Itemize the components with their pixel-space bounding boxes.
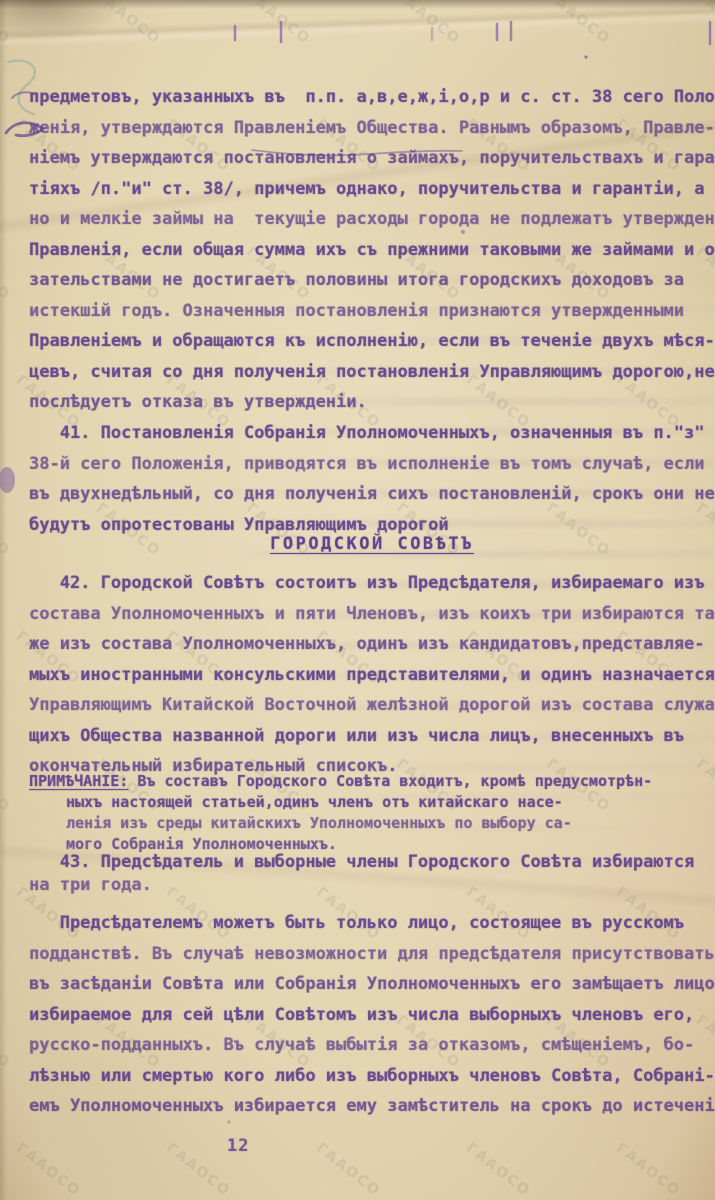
note-first-line-text: Въ составъ Городского Совѣта входитъ, кр…: [128, 772, 652, 790]
paragraph-final: Предсѣдателемъ можетъ быть только лицо, …: [29, 908, 715, 1122]
text-line: русско-подданныхъ. Въ случаѣ выбытія за …: [29, 1030, 715, 1061]
text-line: Управляющимъ Китайской Восточной желѣзно…: [29, 690, 715, 721]
paragraph-40-continuation: предметовъ, указанныхъ въ п.п. а,в,е,ж,і…: [29, 82, 715, 418]
text-line: предметовъ, указанныхъ въ п.п. а,в,е,ж,і…: [29, 82, 715, 113]
watermark-text: ГААОСО: [543, 0, 613, 48]
text-line: щихъ Общества названной дороги или изъ ч…: [29, 721, 715, 752]
watermark-text: ГААОСО: [313, 1140, 383, 1200]
margin-tick-marks: [235, 22, 710, 44]
watermark-text: ГААОСО: [163, 1140, 233, 1200]
text-line: Предсѣдателемъ можетъ быть только лицо, …: [29, 908, 715, 939]
text-line: избираемое для сей цѣли Совѣтомъ изъ чис…: [29, 1000, 715, 1031]
paragraph-43: 43. Предсѣдатель и выборные члены Городс…: [29, 851, 715, 897]
note-continuation: ныхъ настоящей статьей,одинъ членъ отъ к…: [29, 792, 715, 855]
text-line: подданствѣ. Въ случаѣ невозможности для …: [29, 939, 715, 970]
watermark-text: ГААОСО: [0, 244, 13, 304]
watermark-text: ГААОСО: [243, 0, 313, 48]
watermark-text: ГААОСО: [613, 1140, 683, 1200]
text-line: ніемъ утверждаются постановленія о займа…: [29, 143, 715, 174]
watermark-text: ГААОСО: [693, 0, 715, 48]
watermark-text: ГААОСО: [13, 1140, 83, 1200]
watermark-text: ГААОСО: [0, 0, 13, 48]
watermark-text: ГААОСО: [0, 756, 13, 816]
text-line: въ засѣданіи Совѣта или Собранія Уполном…: [29, 969, 715, 1000]
note-label: ПРИМѢЧАНІЕ:: [29, 772, 128, 790]
note-paragraph: ПРИМѢЧАНІЕ: Въ составъ Городского Совѣта…: [29, 771, 715, 855]
page-number: 12: [227, 1136, 249, 1156]
watermark-text: ГААОСО: [0, 500, 13, 560]
text-line: но и мелкіе займы на текущіе расходы гор…: [29, 204, 715, 235]
text-line: ленія изъ среды китайскихъ Уполномоченны…: [29, 813, 715, 834]
section-heading-text: ГОРОДСКОЙ СОВѢТЪ: [270, 534, 474, 554]
text-line: 41. Постановленія Собранія Уполномоченны…: [29, 418, 715, 449]
text-line: зательствами не достигаетъ половины итог…: [29, 265, 715, 296]
text-line: мыхъ иностранными консульскими представи…: [29, 660, 715, 691]
text-line: Правленіемъ и обращаются къ исполненію, …: [29, 326, 715, 357]
text-line: послѣдуетъ отказа въ утвержденіи.: [29, 387, 715, 418]
scanned-document-page: ГААОСОГААОСОГААОСОГААОСОГААОСОГААОСОГААО…: [0, 0, 715, 1200]
text-line: ныхъ настоящей статьей,одинъ членъ отъ к…: [29, 792, 715, 813]
ink-blob: [0, 467, 15, 493]
text-line: же изъ состава Уполномоченныхъ, одинъ из…: [29, 629, 715, 660]
text-line: тіяхъ /п."и" ст. 38/, причемъ однако, по…: [29, 174, 715, 205]
text-line: состава Уполномоченныхъ и пяти Членовъ, …: [29, 599, 715, 630]
text-line: 43. Предсѣдатель и выборные члены Городс…: [29, 851, 715, 874]
text-line: Правленія, если общая сумма ихъ съ прежн…: [29, 235, 715, 266]
text-line: на три года.: [29, 874, 715, 897]
watermark-text: ГААОСО: [93, 0, 163, 48]
text-line: лѣзнью или смертью кого либо изъ выборны…: [29, 1061, 715, 1092]
ink-speck: [584, 55, 587, 58]
text-line: 42. Городской Совѣтъ состоитъ изъ Предсѣ…: [29, 568, 715, 599]
paragraph-42: 42. Городской Совѣтъ состоитъ изъ Предсѣ…: [29, 568, 715, 782]
text-line: истекшій годъ. Означенныя постановленія …: [29, 296, 715, 327]
text-line: женія, утверждаются Правленіемъ Общества…: [29, 113, 715, 144]
note-first-line: ПРИМѢЧАНІЕ: Въ составъ Городского Совѣта…: [29, 771, 715, 792]
watermark-text: ГААОСО: [393, 0, 463, 48]
text-line: емъ Уполномоченныхъ избирается ему замѣс…: [29, 1091, 715, 1122]
watermark-text: ГААОСО: [463, 1140, 533, 1200]
text-line: 38-й сего Положенія, приводятся въ испол…: [29, 449, 715, 480]
watermark-text: ГААОСО: [0, 1012, 13, 1072]
paragraph-41: 41. Постановленія Собранія Уполномоченны…: [29, 418, 715, 540]
text-line: въ двухнедѣльный, со дня полученія сихъ …: [29, 479, 715, 510]
section-heading: ГОРОДСКОЙ СОВѢТЪ: [29, 534, 715, 554]
text-line: цевъ, считая со дня полученія постановле…: [29, 357, 715, 388]
